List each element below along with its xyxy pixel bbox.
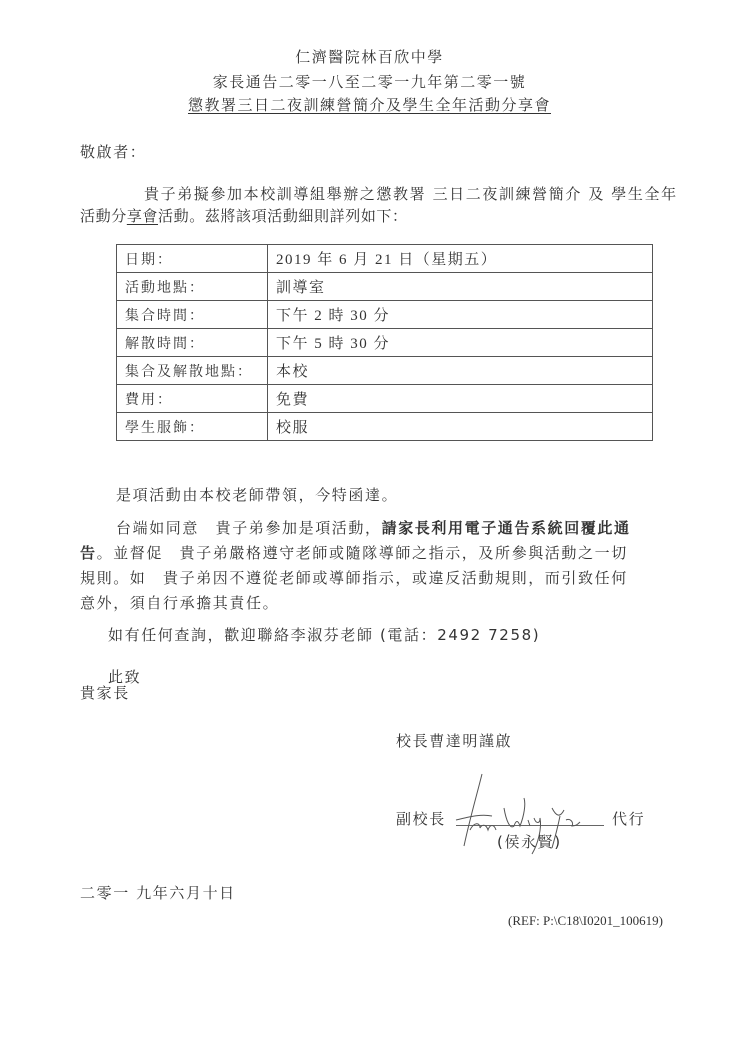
intro-underlined-text: 享會 <box>127 207 158 225</box>
consent-text: 台端如同意 貴子弟參加是項活動， <box>116 519 382 537</box>
consent-line-4: 意外，須自行承擔其責任。 <box>80 592 279 613</box>
intro-line-2: 活動分享會活動。茲將該項活動細則詳列如下： <box>80 205 408 226</box>
row-label: 學生服飾： <box>117 413 268 441</box>
row-value: 免費 <box>268 385 653 413</box>
school-name: 仁濟醫院林百欣中學 <box>0 46 739 67</box>
led-by-text: 是項活動由本校老師帶領，今特函達。 <box>116 484 398 505</box>
row-label: 集合及解散地點： <box>117 357 268 385</box>
acting-suffix: 代行 <box>612 808 645 829</box>
intro-text: 活動分 <box>80 207 127 225</box>
intro-text-end: 活動。茲將該項活動細則詳列如下： <box>158 207 408 225</box>
table-row: 活動地點：訓導室 <box>117 273 653 301</box>
vice-principal-name: (侯永賢) <box>497 831 562 852</box>
row-value: 下午 5 時 30 分 <box>268 329 653 357</box>
row-label: 日期： <box>117 245 268 273</box>
principal-signoff: 校長曹達明謹啟 <box>396 730 512 751</box>
consent-bold-text-end: 告 <box>80 544 97 562</box>
row-value: 2019 年 6 月 21 日（星期五） <box>268 245 653 273</box>
row-label: 活動地點： <box>117 273 268 301</box>
table-row: 解散時間：下午 5 時 30 分 <box>117 329 653 357</box>
consent-line-2: 告。並督促 貴子弟嚴格遵守老師或隨隊導師之指示，及所參與活動之一切 <box>80 542 628 563</box>
table-row: 學生服飾：校服 <box>117 413 653 441</box>
table-row: 集合時間：下午 2 時 30 分 <box>117 301 653 329</box>
intro-line-1: 貴子弟擬參加本校訓導組舉辦之懲教署 三日二夜訓練營簡介 及 學生全年 <box>144 183 678 204</box>
row-label: 解散時間： <box>117 329 268 357</box>
notice-number: 家長通告二零一八至二零一九年第二零一號 <box>0 71 739 92</box>
row-value: 本校 <box>268 357 653 385</box>
closing-recipient: 貴家長 <box>80 682 130 703</box>
table-row: 集合及解散地點：本校 <box>117 357 653 385</box>
consent-line-1: 台端如同意 貴子弟參加是項活動，請家長利用電子通告系統回覆此通 <box>116 517 631 538</box>
consent-line-3: 規則。如 貴子弟因不遵從老師或導師指示，或違反活動規則，而引致任何 <box>80 567 628 588</box>
row-value: 校服 <box>268 413 653 441</box>
consent-text: 。並督促 貴子弟嚴格遵守老師或隨隊導師之指示，及所參與活動之一切 <box>97 544 628 562</box>
row-value: 訓導室 <box>268 273 653 301</box>
vice-principal-label: 副校長 <box>396 808 446 829</box>
letter-date: 二零一 九年六月十日 <box>80 882 236 903</box>
activity-details-table: 日期：2019 年 6 月 21 日（星期五） 活動地點：訓導室 集合時間：下午… <box>116 244 653 441</box>
row-label: 集合時間： <box>117 301 268 329</box>
enquiry-text: 如有任何查詢，歡迎聯絡李淑芬老師 (電話：2492 7258) <box>108 624 540 645</box>
notice-subject-text: 懲教署三日二夜訓練營簡介及學生全年活動分享會 <box>188 96 551 114</box>
row-value: 下午 2 時 30 分 <box>268 301 653 329</box>
table-row: 日期：2019 年 6 月 21 日（星期五） <box>117 245 653 273</box>
notice-subject: 懲教署三日二夜訓練營簡介及學生全年活動分享會 <box>0 94 739 115</box>
salutation: 敬啟者： <box>80 141 146 162</box>
table-row: 費用：免費 <box>117 385 653 413</box>
reference-code: (REF: P:\C18\I0201_100619) <box>508 913 663 929</box>
consent-bold-text: 請家長利用電子通告系統回覆此通 <box>382 519 631 537</box>
row-label: 費用： <box>117 385 268 413</box>
